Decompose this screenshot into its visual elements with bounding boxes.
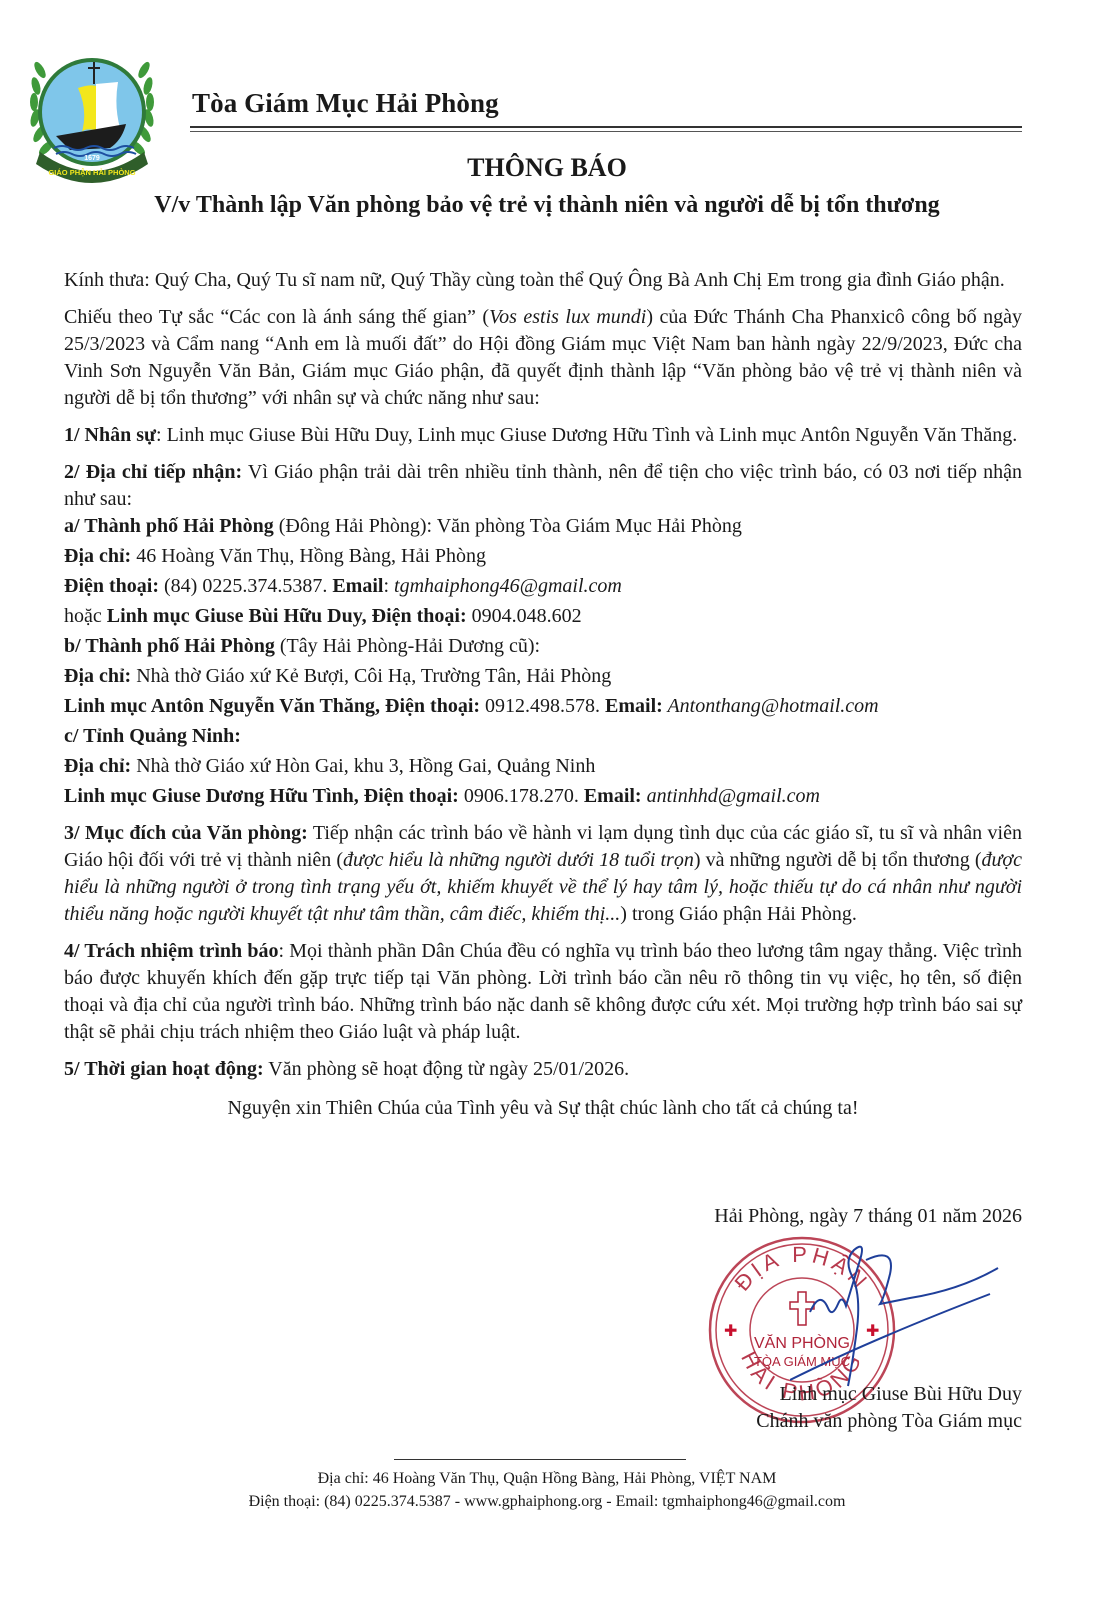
- section-operation: 5/ Thời gian hoạt động: Văn phòng sẽ hoạ…: [64, 1056, 1022, 1083]
- address-c-contact: Linh mục Giuse Dương Hữu Tình, Điện thoạ…: [64, 783, 1022, 810]
- notice-title: THÔNG BÁO: [0, 153, 1094, 183]
- address-b-location: Địa chỉ: Nhà thờ Giáo xứ Kẻ Bượi, Côi Hạ…: [64, 663, 1022, 690]
- footer-contact: Điện thoại: (84) 0225.374.5387 - www.gph…: [0, 1490, 1094, 1513]
- address-a-alt-contact: hoặc Linh mục Giuse Bùi Hữu Duy, Điện th…: [64, 603, 1022, 630]
- address-a-location: Địa chỉ: 46 Hoàng Văn Thụ, Hồng Bàng, Hả…: [64, 543, 1022, 570]
- signature-date: Hải Phòng, ngày 7 tháng 01 năm 2026: [714, 1205, 1022, 1228]
- footer-address: Địa chỉ: 46 Hoàng Văn Thụ, Quận Hồng Bàn…: [0, 1467, 1094, 1490]
- notice-subject: V/v Thành lập Văn phòng bảo vệ trẻ vị th…: [0, 192, 1094, 219]
- section-addresses: 2/ Địa chỉ tiếp nhận: Vì Giáo phận trải …: [64, 459, 1022, 513]
- section-personnel: 1/ Nhân sự: Linh mục Giuse Bùi Hữu Duy, …: [64, 422, 1022, 449]
- section-responsibility: 4/ Trách nhiệm trình báo: Mọi thành phần…: [64, 938, 1022, 1046]
- signatory-title: Chánh văn phòng Tòa Giám mục: [756, 1408, 1022, 1435]
- document-page: 1679 GIÁO PHẬN HẢI PHÒNG Tòa Giám Mục Hả…: [0, 0, 1094, 1600]
- address-b-heading: b/ Thành phố Hải Phòng (Tây Hải Phòng-Hả…: [64, 633, 1022, 660]
- email-link[interactable]: tgmhaiphong46@gmail.com: [394, 575, 622, 597]
- section-purpose: 3/ Mục đích của Văn phòng: Tiếp nhận các…: [64, 820, 1022, 928]
- address-a-heading: a/ Thành phố Hải Phòng (Đông Hải Phòng):…: [64, 513, 1022, 540]
- header-divider: [190, 126, 1022, 132]
- footer-divider: [394, 1459, 686, 1460]
- address-c-location: Địa chỉ: Nhà thờ Giáo xứ Hòn Gai, khu 3,…: [64, 753, 1022, 780]
- document-body: Kính thưa: Quý Cha, Quý Tu sĩ nam nữ, Qu…: [64, 267, 1022, 1122]
- signatory: Linh mục Giuse Bùi Hữu Duy Chánh văn phò…: [756, 1381, 1022, 1435]
- email-link[interactable]: antinhhd@gmail.com: [642, 785, 820, 807]
- email-link[interactable]: Antonthang@hotmail.com: [663, 695, 879, 717]
- address-c-heading: c/ Tỉnh Quảng Ninh:: [64, 723, 1022, 750]
- salutation: Kính thưa: Quý Cha, Quý Tu sĩ nam nữ, Qu…: [64, 267, 1022, 294]
- svg-text:✚: ✚: [724, 1323, 737, 1340]
- intro-paragraph: Chiếu theo Tự sắc “Các con là ánh sáng t…: [64, 304, 1022, 412]
- organization-name: Tòa Giám Mục Hải Phòng: [192, 88, 499, 119]
- address-b-contact: Linh mục Antôn Nguyễn Văn Thăng, Điện th…: [64, 693, 1022, 720]
- address-a-contact: Điện thoại: (84) 0225.374.5387. Email: t…: [64, 573, 1022, 600]
- signatory-name: Linh mục Giuse Bùi Hữu Duy: [756, 1381, 1022, 1408]
- blessing: Nguyện xin Thiên Chúa của Tình yêu và Sự…: [64, 1095, 1022, 1122]
